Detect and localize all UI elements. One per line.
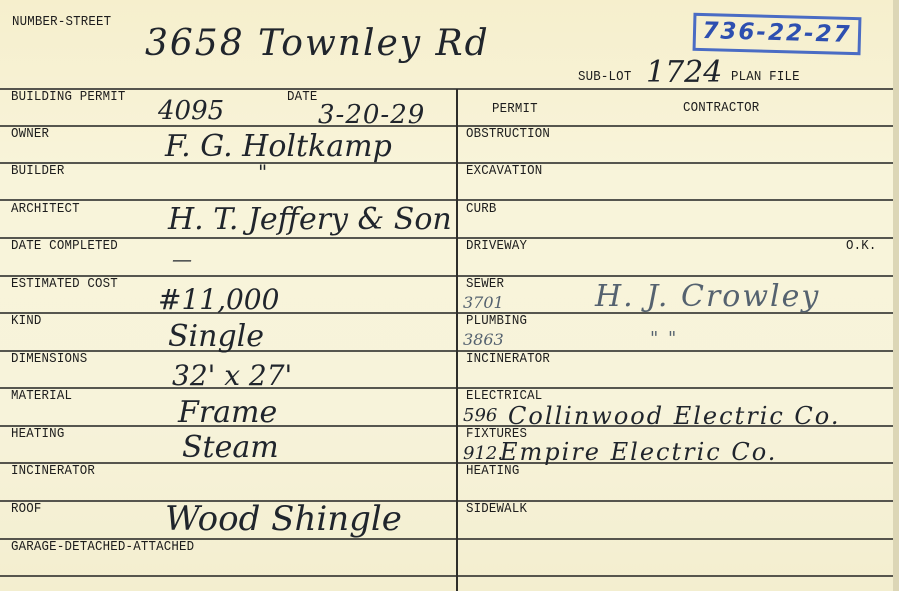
field-value: F. G. Holtkamp [165, 132, 392, 162]
contractor-value: H. J. Crowley [595, 282, 820, 312]
sub-lot-value: 1724 [646, 58, 722, 88]
field-value: Frame [178, 398, 277, 428]
field-label: DATE COMPLETED [11, 239, 118, 255]
field-label: BUILDER [11, 164, 64, 180]
permit-type-label: SIDEWALK [466, 502, 527, 518]
rule-line [0, 275, 893, 277]
field-value: — [172, 249, 192, 269]
field-label: GARAGE-DETACHED-ATTACHED [11, 540, 194, 556]
contractor-value: Collinwood Electric Co. [508, 404, 840, 428]
field-value: #11,000 [158, 286, 279, 314]
permit-number: 3701 [463, 295, 504, 311]
field-label: ESTIMATED COST [11, 277, 118, 293]
date-value: 3-20-29 [318, 102, 425, 128]
rule-line [0, 88, 893, 90]
contractor-value: Empire Electric Co. [500, 440, 777, 464]
column-divider [456, 89, 458, 591]
card-edge [893, 0, 899, 591]
address-value: 3658 Townley Rd [145, 26, 490, 62]
field-label: ARCHITECT [11, 202, 80, 218]
rule-line [0, 125, 893, 127]
stamp-number: 736-22-27 [696, 18, 859, 48]
contractor-value: O.K. [846, 239, 877, 255]
permit-header: PERMIT [492, 102, 538, 118]
permit-number: 596 [463, 407, 497, 425]
field-value: Wood Shingle [165, 502, 402, 536]
rule-line [0, 500, 893, 502]
permit-number: 3863 [463, 332, 504, 348]
rule-line [0, 387, 893, 389]
stamp-box: 736-22-27 [693, 13, 862, 55]
field-value: " [258, 162, 267, 182]
permit-type-label: PLUMBING [466, 314, 527, 330]
field-label: INCINERATOR [11, 464, 95, 480]
permit-type-label: INCINERATOR [466, 352, 550, 368]
field-label: MATERIAL [11, 389, 72, 405]
permit-number: 912. [463, 445, 503, 463]
permit-type-label: SEWER [466, 277, 504, 293]
field-value: Steam [182, 433, 279, 463]
contractor-header: CONTRACTOR [683, 101, 759, 117]
rule-line [0, 162, 893, 164]
field-value: 4095 [158, 98, 224, 124]
contractor-value: " " [650, 330, 678, 348]
permit-type-label: OBSTRUCTION [466, 127, 550, 143]
permit-type-label: HEATING [466, 464, 519, 480]
rule-line [0, 237, 893, 239]
field-label: BUILDING PERMIT [11, 90, 126, 106]
permit-type-label: EXCAVATION [466, 164, 542, 180]
rule-line [0, 575, 893, 577]
permit-card: NUMBER-STREET 3658 Townley Rd 736-22-27 … [0, 0, 899, 591]
field-label: OWNER [11, 127, 49, 143]
field-label: DIMENSIONS [11, 352, 87, 368]
date-label: DATE [287, 90, 318, 106]
number-street-label: NUMBER-STREET [12, 15, 111, 31]
field-value: H. T. Jeffery & Son [168, 205, 452, 235]
permit-type-label: DRIVEWAY [466, 239, 527, 255]
rule-line [0, 350, 893, 352]
plan-file-label: PLAN FILE [731, 70, 800, 86]
permit-type-label: CURB [466, 202, 497, 218]
field-value: 32' x 27' [172, 362, 292, 390]
field-label: HEATING [11, 427, 64, 443]
sub-lot-label: SUB-LOT [578, 70, 631, 86]
field-value: Single [168, 322, 264, 352]
field-label: KIND [11, 314, 42, 330]
field-label: ROOF [11, 502, 42, 518]
rule-line [0, 199, 893, 201]
